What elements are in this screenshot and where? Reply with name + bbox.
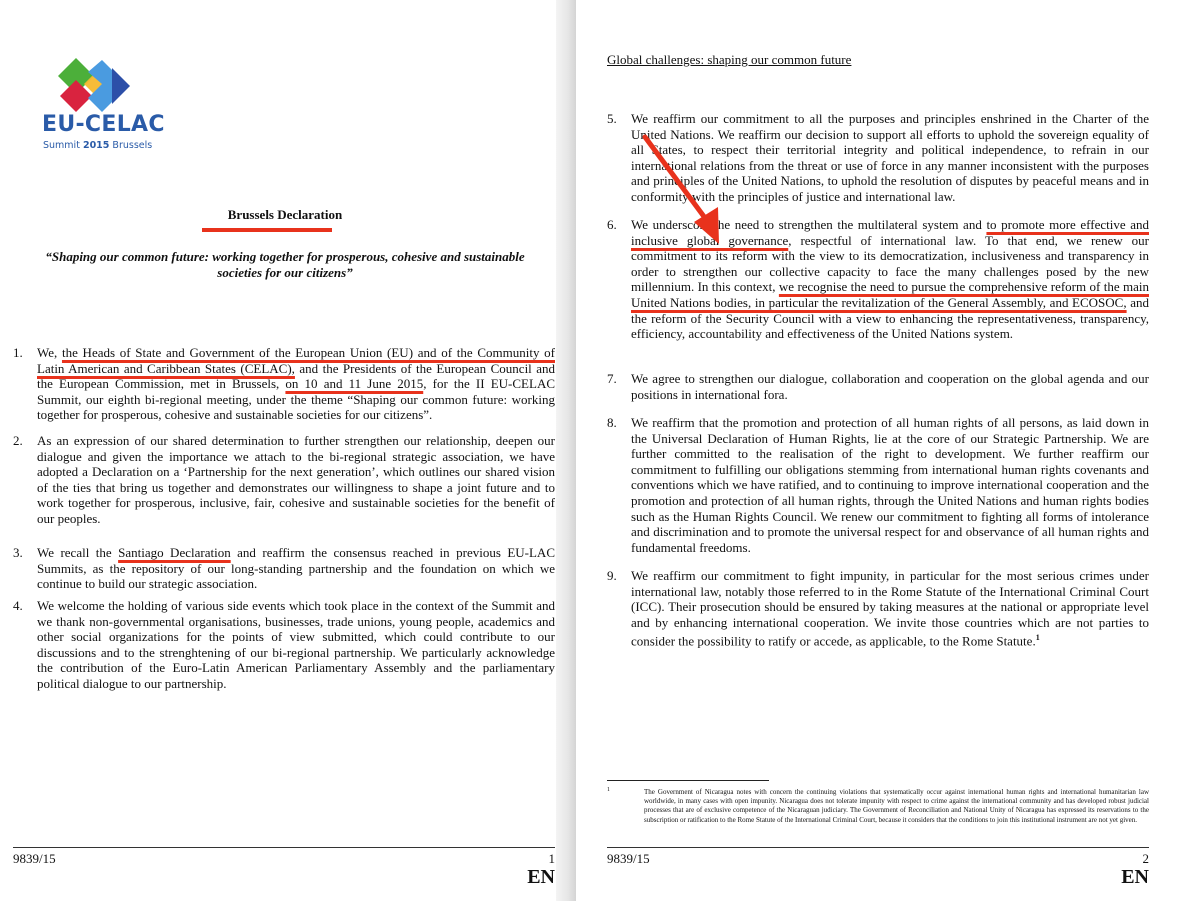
section-heading: Global challenges: shaping our common fu…: [607, 52, 851, 68]
footer-language: EN: [1049, 866, 1149, 889]
footer-doc-id: 9839/15: [607, 851, 650, 867]
paragraph-3: 3.We recall the Santiago Declaration and…: [13, 545, 555, 592]
document-page-1: EU-CELAC Summit 2015 Brussels Brussels D…: [0, 0, 556, 901]
text-segment: We underscore the need to strengthen the…: [631, 217, 986, 232]
paragraph-text: We underscore the need to strengthen the…: [631, 217, 1149, 342]
text-segment: We recall the: [37, 545, 118, 560]
page-gutter: [556, 0, 576, 901]
eu-celac-logo: EU-CELAC Summit 2015 Brussels: [40, 58, 160, 153]
paragraph-2: 2.As an expression of our shared determi…: [13, 433, 555, 527]
footer-rule: [13, 847, 555, 848]
text-segment: We welcome the holding of various side e…: [37, 598, 555, 691]
paragraph-number: 1.: [13, 345, 23, 361]
paragraph-8: 8.We reaffirm that the promotion and pro…: [607, 415, 1149, 555]
text-segment: As an expression of our shared determina…: [37, 433, 555, 526]
logo-subtitle: Summit 2015 Brussels: [43, 140, 152, 151]
highlighted-text: on 10 and 11 June 2015: [285, 376, 423, 391]
paragraph-text: We agree to strengthen our dialogue, col…: [631, 371, 1149, 402]
text-segment: We reaffirm our commitment to fight impu…: [631, 568, 1149, 649]
paragraph-6: 6.We underscore the need to strengthen t…: [607, 217, 1149, 342]
paragraph-text: We recall the Santiago Declaration and r…: [37, 545, 555, 592]
paragraph-4: 4.We welcome the holding of various side…: [13, 598, 555, 692]
document-title: Brussels Declaration: [0, 207, 570, 223]
paragraph-number: 5.: [607, 111, 617, 127]
text-segment: We,: [37, 345, 62, 360]
paragraph-text: We, the Heads of State and Government of…: [37, 345, 555, 423]
highlighted-text: Santiago Declaration: [118, 545, 231, 560]
paragraph-text: We welcome the holding of various side e…: [37, 598, 555, 692]
paragraph-number: 2.: [13, 433, 23, 449]
paragraph-1: 1.We, the Heads of State and Government …: [13, 345, 555, 423]
text-segment: We reaffirm our commitment to all the pu…: [631, 111, 1149, 204]
paragraph-number: 3.: [13, 545, 23, 561]
paragraph-text: We reaffirm our commitment to fight impu…: [631, 568, 1149, 649]
footnote-rule: [607, 780, 769, 781]
paragraph-text: As an expression of our shared determina…: [37, 433, 555, 527]
paragraph-7: 7.We agree to strengthen our dialogue, c…: [607, 371, 1149, 402]
paragraph-number: 4.: [13, 598, 23, 614]
document-subtitle: “Shaping our common future: working toge…: [30, 249, 540, 281]
paragraph-number: 9.: [607, 568, 617, 584]
footnote-reference[interactable]: 1: [1036, 633, 1040, 642]
title-highlight-underline: [202, 228, 332, 232]
paragraph-number: 8.: [607, 415, 617, 431]
logo-title: EU-CELAC: [42, 112, 165, 137]
paragraph-5: 5.We reaffirm our commitment to all the …: [607, 111, 1149, 205]
paragraph-text: We reaffirm that the promotion and prote…: [631, 415, 1149, 555]
footnote-mark: 1: [607, 787, 610, 793]
paragraph-number: 6.: [607, 217, 617, 233]
footer-page-number: 1: [455, 851, 555, 867]
text-segment: We reaffirm that the promotion and prote…: [631, 415, 1149, 555]
logo-mark-icon: [58, 58, 138, 114]
footnote-text: The Government of Nicaragua notes with c…: [644, 788, 1149, 825]
footer-rule: [607, 847, 1149, 848]
footer-doc-id: 9839/15: [13, 851, 56, 867]
footer-language: EN: [455, 866, 555, 889]
text-segment: We agree to strengthen our dialogue, col…: [631, 371, 1149, 402]
paragraph-9: 9.We reaffirm our commitment to fight im…: [607, 568, 1149, 649]
paragraph-text: We reaffirm our commitment to all the pu…: [631, 111, 1149, 205]
footer-page-number: 2: [1049, 851, 1149, 867]
paragraph-number: 7.: [607, 371, 617, 387]
